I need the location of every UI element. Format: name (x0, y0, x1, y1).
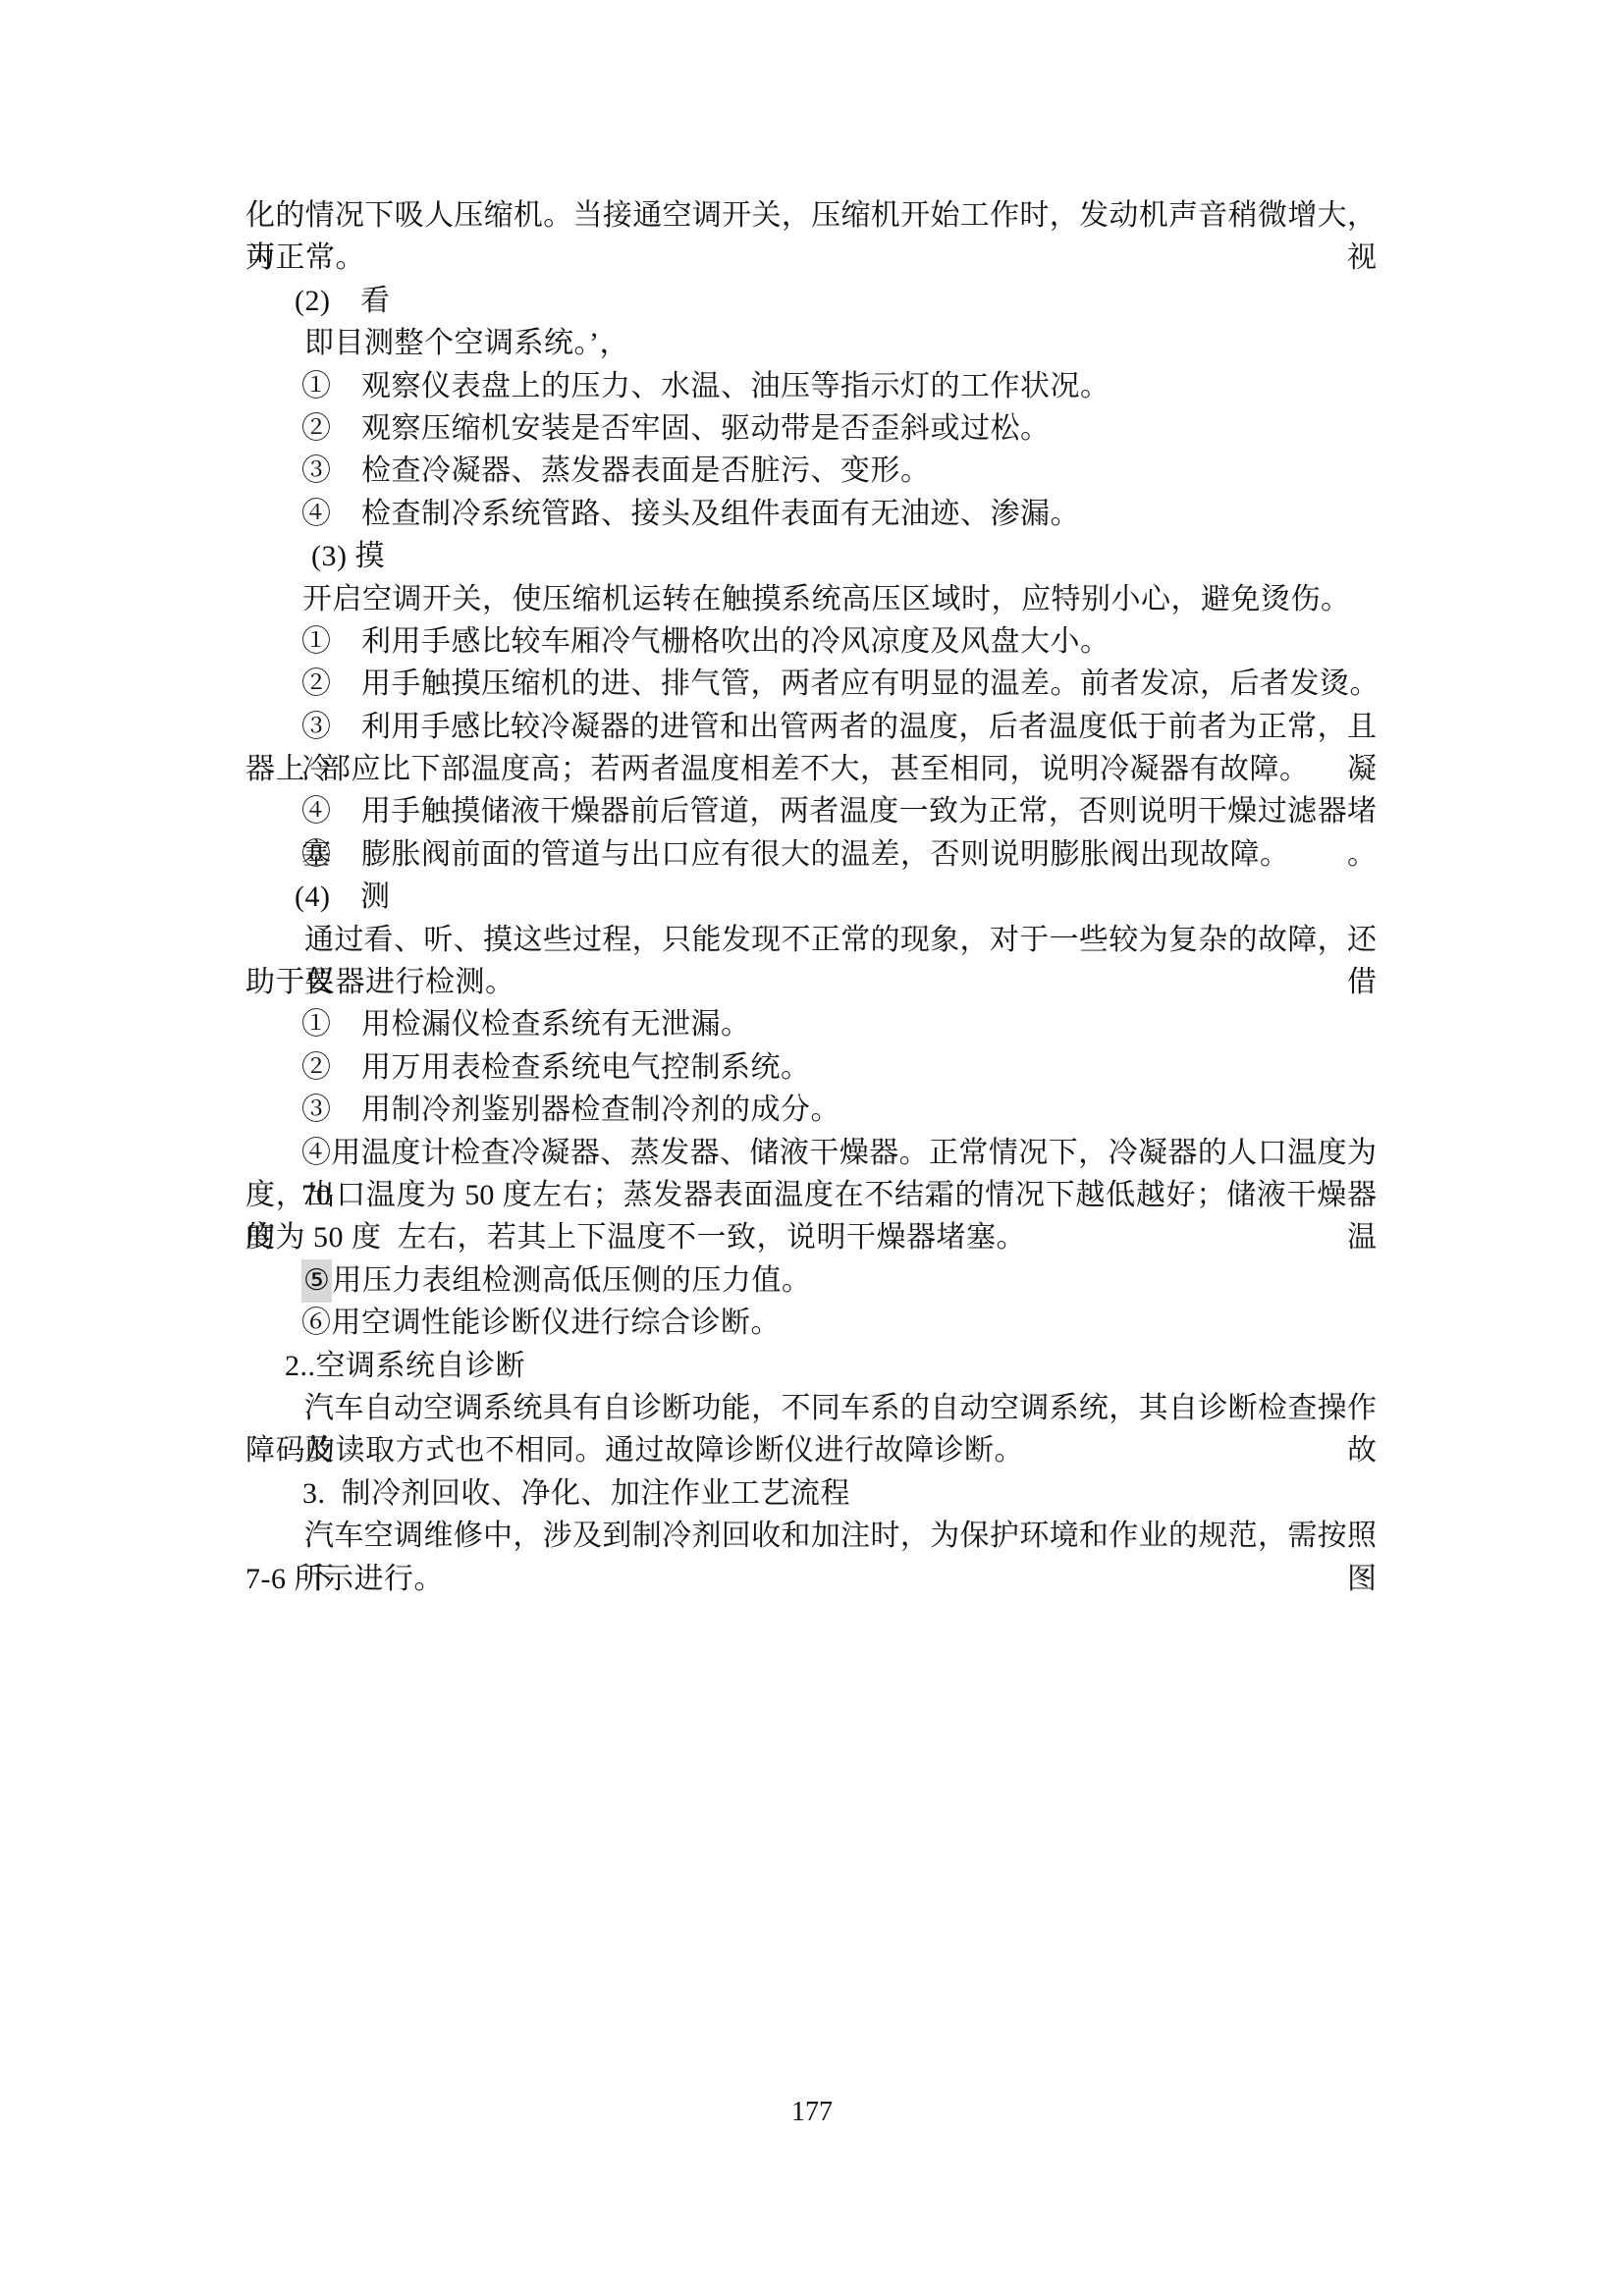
text-line: (3) 摸 (311, 535, 1377, 577)
text-line: ① 用检漏仪检查系统有无泄漏。 (301, 1003, 1377, 1045)
text-line: ⑤ 膨胀阀前面的管道与出口应有很大的温差，否则说明膨胀阀出现故障。 (301, 833, 1377, 876)
text-line: ④ 检查制冷系统管路、接头及组件表面有无油迹、渗漏。 (301, 493, 1377, 535)
text-line: ⑤用压力表组检测高低压侧的压力值。 (301, 1259, 1377, 1302)
text-line: 汽车空调维修中，涉及到制冷剂回收和加注时，为保护环境和作业的规范，需按照下图 (304, 1515, 1377, 1557)
text-line: (2) 看 (295, 280, 1377, 322)
text-line: 即目测整个空调系统。’， (304, 322, 1377, 364)
text-line: 3. 制冷剂回收、净化、加注作业工艺流程 (302, 1472, 1377, 1515)
highlighted-list-marker: ⑤ (301, 1259, 332, 1303)
text-line: ② 用万用表检查系统电气控制系统。 (301, 1046, 1377, 1089)
text-line: 2..空调系统自诊断 (285, 1345, 1377, 1387)
text-line: 开启空调开关，使压缩机运转在触摸系统高压区域时，应特别小心，避免烫伤。 (302, 578, 1377, 620)
text-line: 通过看、听、摸这些过程，只能发现不正常的现象，对于一些较为复杂的故障，还要借 (304, 919, 1377, 961)
text-line: ③ 利用手感比较冷凝器的进管和出管两者的温度，后者温度低于前者为正常，且冷凝 (301, 706, 1377, 748)
text-line: ⑥用空调性能诊断仪进行综合诊断。 (301, 1302, 1377, 1344)
text-line: ② 观察压缩机安装是否牢固、驱动带是否歪斜或过松。 (301, 407, 1377, 450)
page-number: 177 (0, 2097, 1624, 2128)
text-line: 度，出口温度为 50 度左右；蒸发器表面温度在不结霜的情况下越低越好；储液干燥器… (245, 1174, 1377, 1216)
text-line: 汽车自动空调系统具有自诊断功能，不同车系的自动空调系统，其自诊断检查操作及故 (304, 1387, 1377, 1429)
document-body: 化的情况下吸人压缩机。当接通空调开关，压缩机开始工作时，发动机声音稍微增大，可视… (245, 194, 1377, 1600)
text-line: 化的情况下吸人压缩机。当接通空调开关，压缩机开始工作时，发动机声音稍微增大，可视 (245, 194, 1377, 237)
text-line: ① 利用手感比较车厢冷气栅格吹出的冷风凉度及风盘大小。 (301, 620, 1377, 663)
text-line: ③ 用制冷剂鉴别器检查制冷剂的成分。 (301, 1089, 1377, 1131)
text-line: ③ 检查冷凝器、蒸发器表面是否脏污、变形。 (301, 450, 1377, 492)
text-line: ① 观察仪表盘上的压力、水温、油压等指示灯的工作状况。 (301, 365, 1377, 407)
text-line: (4) 测 (295, 876, 1377, 918)
text-line: ④用温度计检查冷凝器、蒸发器、储液干燥器。正常情况下，冷凝器的人口温度为 70 (301, 1132, 1377, 1174)
document-page: 化的情况下吸人压缩机。当接通空调开关，压缩机开始工作时，发动机声音稍微增大，可视… (0, 0, 1624, 2296)
text-line: ④ 用手触摸储液干燥器前后管道，两者温度一致为正常，否则说明干燥过滤器堵塞。 (301, 790, 1377, 832)
text-line: 器上 部应比下部温度高；若两者温度相差不大，甚至相同，说明冷凝器有故障。 (245, 748, 1377, 790)
text-line: ② 用手触摸压缩机的进、排气管，两者应有明显的温差。前者发凉，后者发烫。 (301, 663, 1377, 705)
